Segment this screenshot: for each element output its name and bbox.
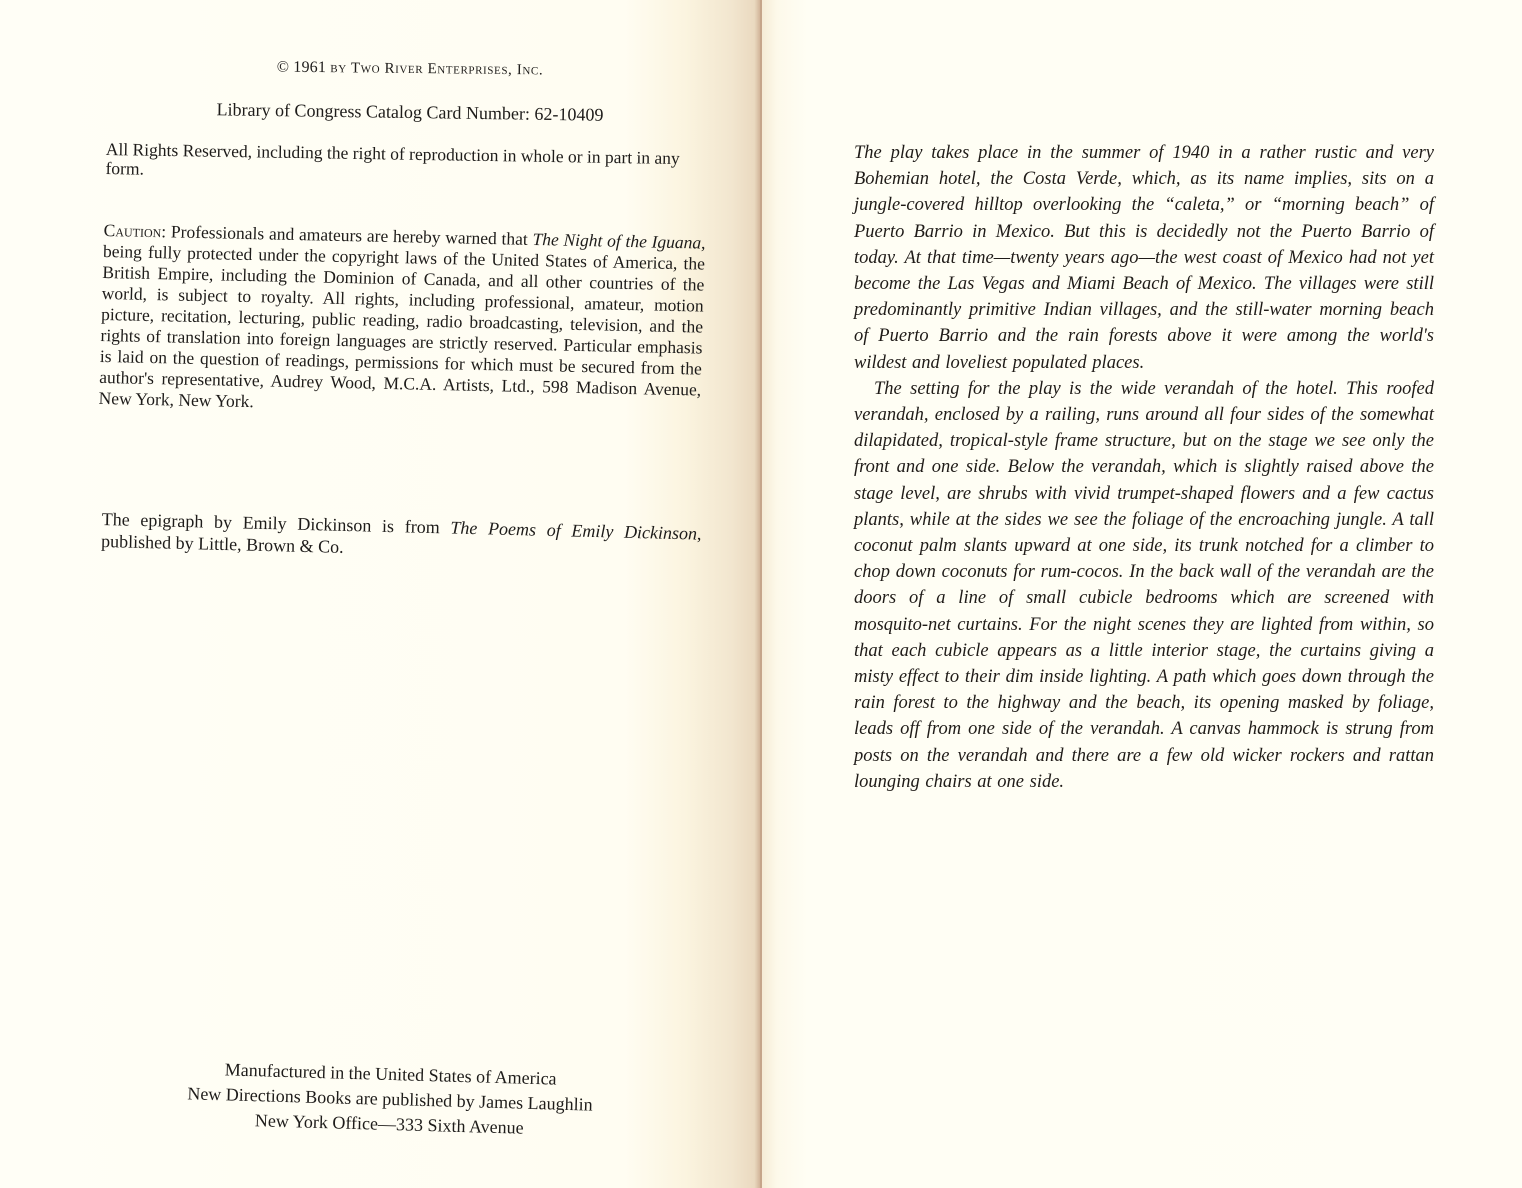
epigraph-book-title: The Poems of Emily Dickinson	[450, 518, 697, 544]
rights-reserved-notice: All Rights Reserved, including the right…	[105, 140, 706, 187]
play-title: The Night of the Iguana	[532, 229, 701, 253]
copyright-symbol: ©	[277, 59, 290, 76]
caution-paragraph: Caution: Professionals and amateurs are …	[98, 220, 705, 422]
copyright-holder: by Two River Enterprises, Inc.	[330, 60, 543, 78]
copyright-year: 1961	[293, 59, 326, 76]
setting-paragraph: The play takes place in the summer of 19…	[854, 140, 1434, 376]
copyright-line: © 1961 by Two River Enterprises, Inc.	[0, 56, 820, 83]
left-page-copyright: © 1961 by Two River Enterprises, Inc. Li…	[0, 0, 762, 1188]
epigraph-credit: The epigraph by Emily Dickinson is from …	[101, 508, 702, 567]
library-of-congress-number: Library of Congress Catalog Card Number:…	[0, 96, 820, 128]
caution-text-body: , being fully protected under the copyri…	[98, 233, 705, 412]
setting-paragraph: The setting for the play is the wide ver…	[854, 376, 1434, 795]
right-page-setting: The play takes place in the summer of 19…	[762, 0, 1522, 1188]
book-gutter	[760, 0, 762, 1188]
caution-label: Caution:	[103, 220, 166, 241]
colophon: Manufactured in the United States of Ame…	[139, 1055, 641, 1144]
stage-setting-description: The play takes place in the summer of 19…	[854, 140, 1434, 795]
